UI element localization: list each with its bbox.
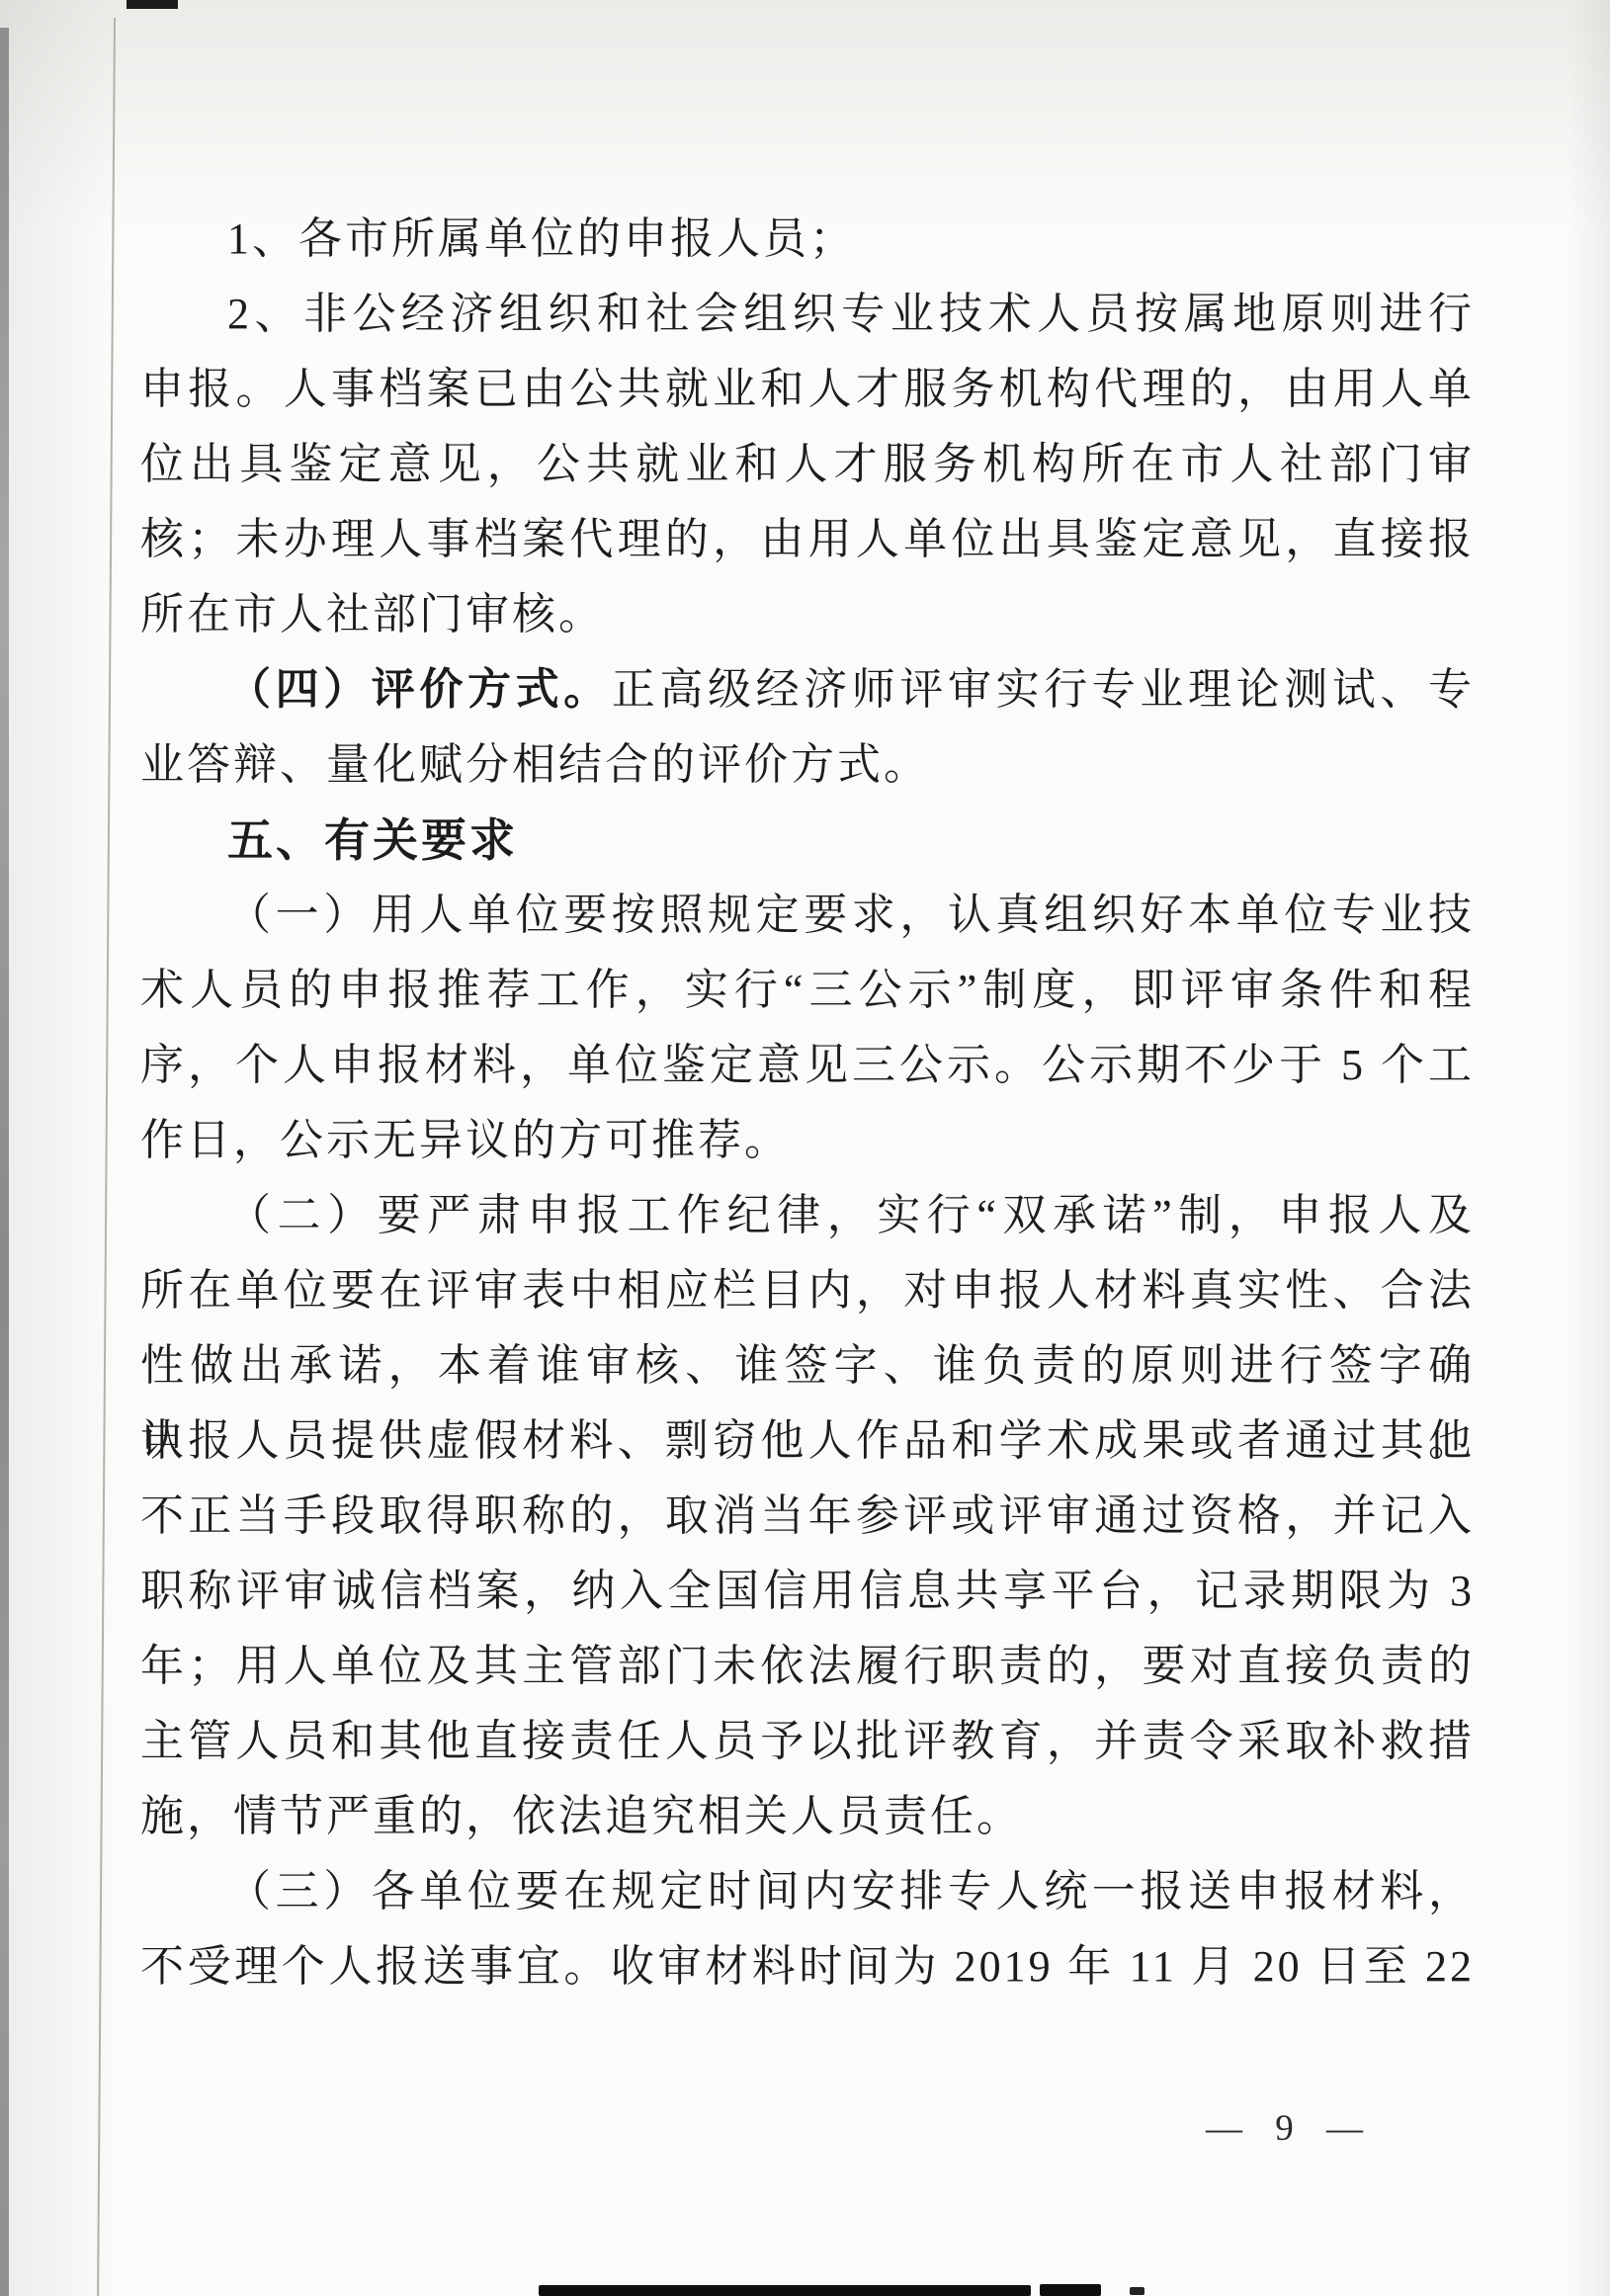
- line-text: 正高级经济师评审实行专业理论测试、专: [612, 665, 1475, 714]
- text-line: 业答辩、量化赋分相结合的评价方式。: [140, 727, 1475, 803]
- bottom-scan-bar: [1040, 2284, 1101, 2296]
- text-line: 核；未办理人事档案代理的，由用人单位出具鉴定意见，直接报: [140, 502, 1475, 577]
- text-line: 申报人员提供虚假材料、剽窃他人作品和学术成果或者通过其他: [140, 1403, 1475, 1479]
- text-line: 术人员的申报推荐工作，实行“三公示”制度，即评审条件和程: [140, 953, 1475, 1028]
- bottom-scan-mark: [1130, 2287, 1144, 2295]
- page-fold-line: [97, 18, 116, 2296]
- text-line: 职称评审诚信档案，纳入全国信用信息共享平台，记录期限为 3: [140, 1554, 1475, 1629]
- text-line: （二）要严肃申报工作纪律，实行“双承诺”制，申报人及: [140, 1178, 1475, 1253]
- scan-top-shading: [0, 0, 1610, 232]
- text-line: 施，情节严重的，依法追究相关人员责任。: [140, 1779, 1475, 1854]
- text-line: 年；用人单位及其主管部门未依法履行职责的，要对直接负责的: [140, 1629, 1475, 1704]
- text-line: 申报。人事档案已由公共就业和人才服务机构代理的，由用人单: [140, 352, 1475, 427]
- text-line: （三）各单位要在规定时间内安排专人统一报送申报材料，: [140, 1854, 1475, 1929]
- text-line: 所在单位要在评审表中相应栏目内，对申报人材料真实性、合法: [140, 1253, 1475, 1328]
- scan-right-shading: [1568, 0, 1610, 2296]
- text-line: 2、非公经济组织和社会组织专业技术人员按属地原则进行: [140, 277, 1475, 352]
- text-line: 1、各市所属单位的申报人员；: [140, 202, 1475, 277]
- document-body: 1、各市所属单位的申报人员； 2、非公经济组织和社会组织专业技术人员按属地原则进…: [140, 202, 1475, 2004]
- text-line: （四）评价方式。正高级经济师评审实行专业理论测试、专: [140, 652, 1475, 727]
- text-line: 不受理个人报送事宜。收审材料时间为 2019 年 11 月 20 日至 22: [140, 1929, 1475, 2004]
- text-line: （一）用人单位要按照规定要求，认真组织好本单位专业技: [140, 878, 1475, 953]
- bold-lead-label: （四）评价方式。: [227, 665, 612, 714]
- text-line: 性做出承诺，本着谁审核、谁签字、谁负责的原则进行签字确认。: [140, 1328, 1475, 1403]
- bottom-scan-bar: [539, 2285, 1031, 2296]
- text-line: 作日，公示无异议的方可推荐。: [140, 1103, 1475, 1178]
- text-line: 不正当手段取得职称的，取消当年参评或评审通过资格，并记入: [140, 1479, 1475, 1554]
- text-line: 序，个人申报材料，单位鉴定意见三公示。公示期不少于 5 个工: [140, 1028, 1475, 1103]
- text-line: 位出具鉴定意见，公共就业和人才服务机构所在市人社部门审: [140, 427, 1475, 502]
- section-heading: 五、有关要求: [140, 803, 1475, 878]
- page-number: — 9 —: [1206, 2107, 1375, 2150]
- scan-edge-strip: [0, 28, 9, 2296]
- scan-corner-mark: [127, 0, 178, 9]
- text-line: 所在市人社部门审核。: [140, 577, 1475, 652]
- scanned-document-page: 1、各市所属单位的申报人员； 2、非公经济组织和社会组织专业技术人员按属地原则进…: [0, 0, 1610, 2296]
- text-line: 主管人员和其他直接责任人员予以批评教育，并责令采取补救措: [140, 1704, 1475, 1779]
